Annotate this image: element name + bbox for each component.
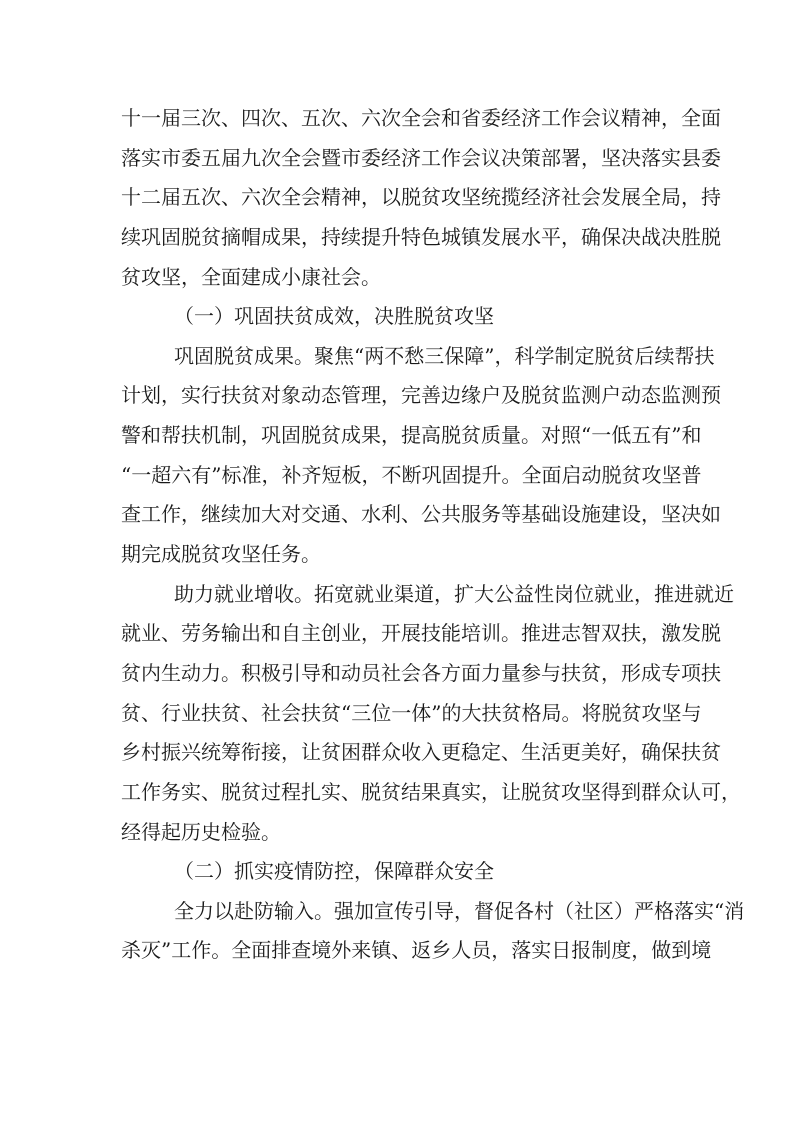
text-line: 落实市委五届九次全会暨市委经济工作会议决策部署，坚决落实县委: [121, 139, 674, 179]
text-line: 助力就业增收。拓宽就业渠道，扩大公益性岗位就业，推进就近: [121, 575, 674, 615]
text-line: 杀灭”工作。全面排查境外来镇、返乡人员，落实日报制度，做到境: [121, 931, 674, 971]
text-line: 全力以赴防输入。强加宣传引导，督促各村（社区）严格落实“消: [121, 892, 674, 932]
text-line: 贫内生动力。积极引导和动员社会各方面力量参与扶贫，形成专项扶: [121, 654, 674, 694]
text-line: 工作务实、脱贫过程扎实、脱贫结果真实，让脱贫攻坚得到群众认可，: [121, 773, 674, 813]
document-page: 十一届三次、四次、五次、六次全会和省委经济工作会议精神，全面 落实市委五届九次全…: [121, 99, 674, 971]
text-line: 就业、劳务输出和自主创业，开展技能培训。推进志智双扶，激发脱: [121, 614, 674, 654]
text-line: “一超六有”标准，补齐短板，不断巩固提升。全面启动脱贫攻坚普: [121, 456, 674, 496]
section-heading-text: （二）抓实疫情防控，保障群众安全: [121, 852, 674, 892]
text-line: 巩固脱贫成果。聚焦“两不愁三保障”，科学制定脱贫后续帮扶: [121, 337, 674, 377]
section-heading-text: （一）巩固扶贫成效，决胜脱贫攻坚: [121, 297, 674, 337]
section-heading-1: （一）巩固扶贫成效，决胜脱贫攻坚: [121, 297, 674, 337]
paragraph-consolidate-results: 巩固脱贫成果。聚焦“两不愁三保障”，科学制定脱贫后续帮扶 计划，实行扶贫对象动态…: [121, 337, 674, 575]
text-line: 查工作，继续加大对交通、水利、公共服务等基础设施建设，坚决如: [121, 495, 674, 535]
text-line: 期完成脱贫攻坚任务。: [121, 535, 674, 575]
text-line: 乡村振兴统筹衔接，让贫困群众收入更稳定、生活更美好，确保扶贫: [121, 733, 674, 773]
text-line: 十二届五次、六次全会精神，以脱贫攻坚统揽经济社会发展全局，持: [121, 178, 674, 218]
text-line: 经得起历史检验。: [121, 813, 674, 853]
text-line: 十一届三次、四次、五次、六次全会和省委经济工作会议精神，全面: [121, 99, 674, 139]
text-line: 贫、行业扶贫、社会扶贫“三位一体”的大扶贫格局。将脱贫攻坚与: [121, 694, 674, 734]
text-line: 贫攻坚，全面建成小康社会。: [121, 258, 674, 298]
text-line: 警和帮扶机制，巩固脱贫成果，提高脱贫质量。对照“一低五有”和: [121, 416, 674, 456]
text-line: 计划，实行扶贫对象动态管理，完善边缘户及脱贫监测户动态监测预: [121, 376, 674, 416]
paragraph-employment: 助力就业增收。拓宽就业渠道，扩大公益性岗位就业，推进就近 就业、劳务输出和自主创…: [121, 575, 674, 852]
section-heading-2: （二）抓实疫情防控，保障群众安全: [121, 852, 674, 892]
paragraph-intro-continuation: 十一届三次、四次、五次、六次全会和省委经济工作会议精神，全面 落实市委五届九次全…: [121, 99, 674, 297]
text-line: 续巩固脱贫摘帽成果，持续提升特色城镇发展水平，确保决战决胜脱: [121, 218, 674, 258]
paragraph-epidemic-prevention: 全力以赴防输入。强加宣传引导，督促各村（社区）严格落实“消 杀灭”工作。全面排查…: [121, 892, 674, 971]
